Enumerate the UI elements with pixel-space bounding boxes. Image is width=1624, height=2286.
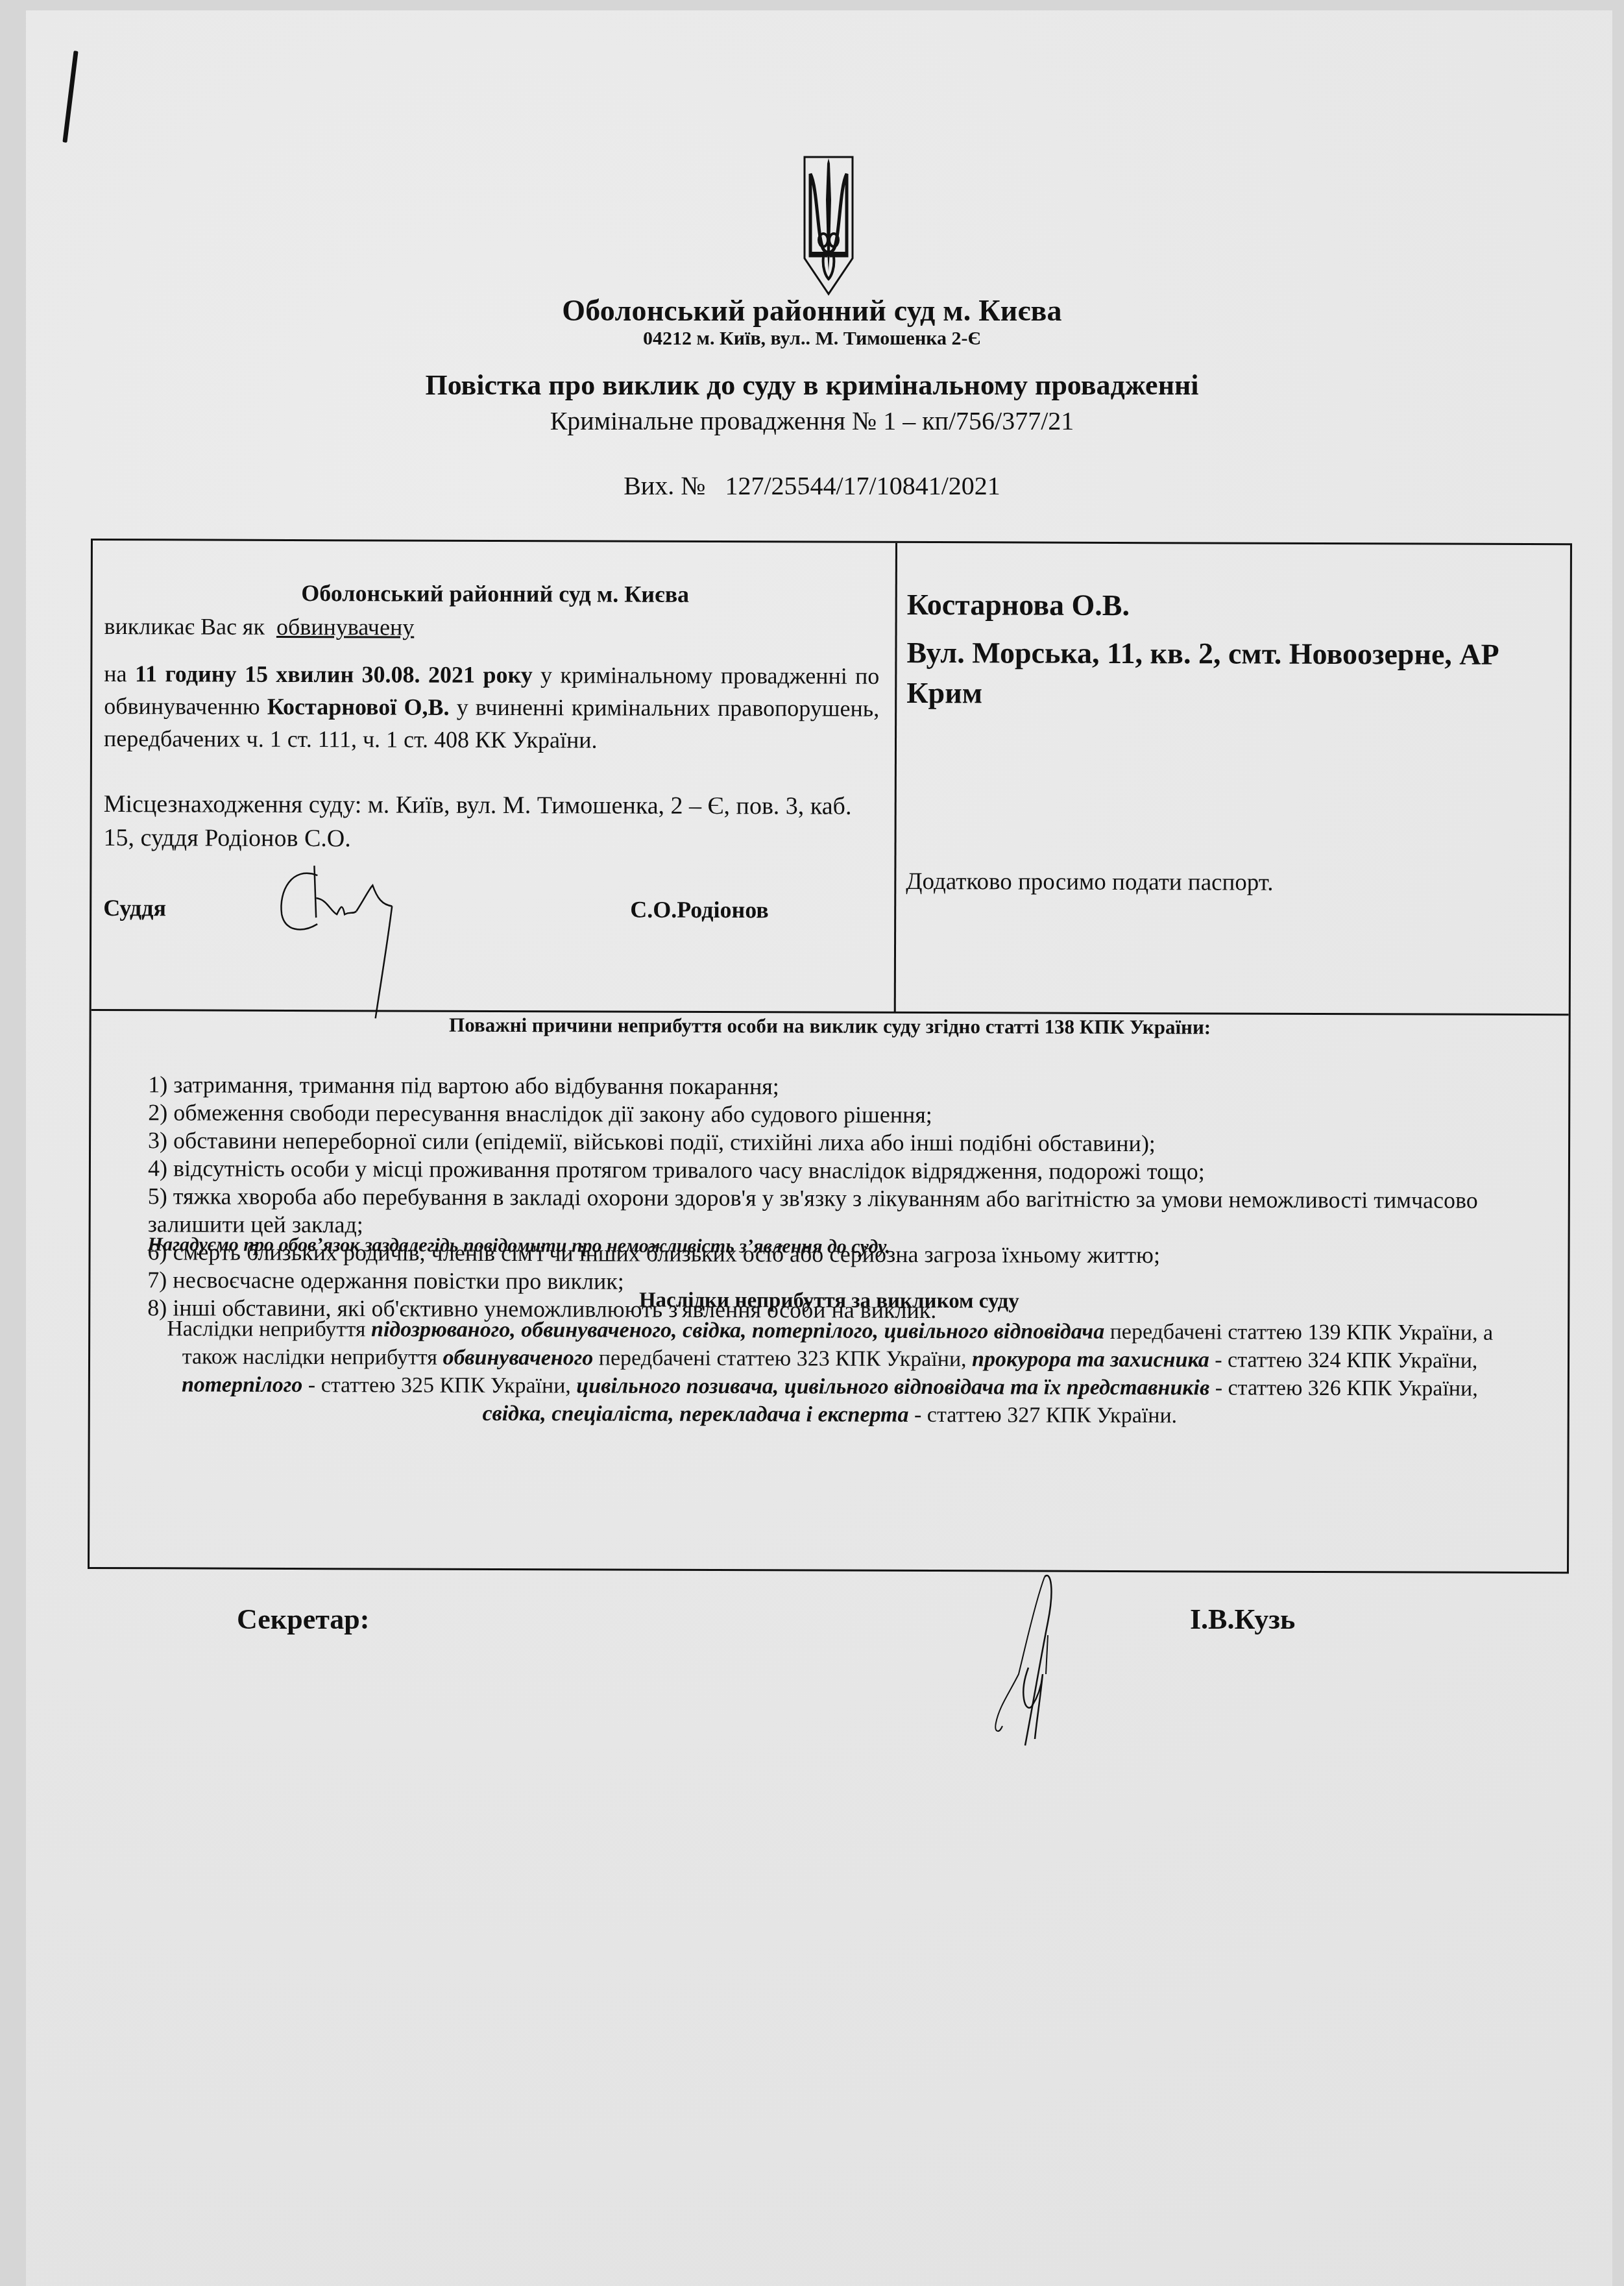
recipient-cell: Костарнова О.В. Вул. Морська, 11, кв. 2,…: [906, 543, 1556, 1012]
passport-note: Додатково просимо подати паспорт.: [906, 868, 1273, 897]
body-prefix: на: [104, 661, 127, 687]
emphasized-party: свідка, спеціаліста, перекладача і експе…: [482, 1402, 908, 1427]
reminder-text: Нагадуємо про обов’язок заздалегідь пові…: [148, 1234, 891, 1258]
hearing-minutes: 15 хвилин: [245, 661, 354, 688]
judge-signature: [265, 853, 422, 1022]
court-address: 04212 м. Київ, вул.. М. Тимошенка 2-Є: [0, 328, 1624, 350]
list-item: 4) відсутність особи у місці проживання …: [148, 1154, 1543, 1187]
list-item: 5) тяжка хвороба або перебування в закла…: [148, 1182, 1543, 1243]
consequence-text: - статтею 326 КПК України,: [1209, 1376, 1478, 1400]
summons-role: обвинувачену: [276, 614, 414, 640]
recipient-address: Вул. Морська, 11, кв. 2, смт. Новоозерне…: [906, 633, 1529, 715]
summons-court-name: Оболонський районний суд м. Києва: [104, 577, 886, 611]
consequence-text: - статтею 327 КПК України.: [909, 1403, 1178, 1428]
trident-coat-of-arms-icon: [803, 154, 854, 297]
valid-reasons-title: Поважні причини неприбуття особи на викл…: [91, 1012, 1569, 1040]
hearing-hour: 11 годину: [135, 661, 237, 687]
outgoing-number-value: 127/25544/17/10841/2021: [725, 471, 1000, 500]
outgoing-number-label: Вих. №: [624, 471, 705, 500]
summons-table: Оболонський районний суд м. Києва виклик…: [88, 539, 1572, 1574]
secretary-signature: [921, 1564, 1090, 1758]
secretary-name: І.В.Кузь: [1190, 1603, 1295, 1636]
list-item: 3) обставини непереборної сили (епідемії…: [148, 1126, 1543, 1159]
consequences-body: Наслідки неприбуття підозрюваного, обвин…: [155, 1315, 1505, 1431]
judge-label: Суддя: [103, 892, 166, 923]
column-divider: [894, 543, 897, 1012]
hearing-date: 30.08. 2021: [362, 661, 476, 688]
document-title: Повістка про виклик до суду в кримінальн…: [0, 369, 1624, 402]
info-section: Поважні причини неприбуття особи на викл…: [90, 1011, 1569, 1574]
emphasized-party: обвинуваченого: [442, 1346, 593, 1370]
court-name: Оболонський районний суд м. Києва: [0, 293, 1624, 328]
summons-cell: Оболонський районний суд м. Києва виклик…: [103, 541, 886, 1010]
consequences-title: Наслідки неприбуття за викликом суду: [90, 1287, 1568, 1315]
consequence-text: Наслідки неприбуття: [167, 1317, 371, 1341]
consequence-text: - статтею 325 КПК України,: [302, 1373, 576, 1398]
consequence-text: - статтею 324 КПК України,: [1209, 1348, 1478, 1372]
list-item: 1) затримання, тримання під вартою або в…: [148, 1071, 1543, 1103]
judge-name: С.О.Родіонов: [630, 894, 769, 926]
list-item: 2) обмеження свободи пересування внаслід…: [148, 1099, 1543, 1131]
emphasized-party: цивільного позивача, цивільного відповід…: [576, 1374, 1209, 1400]
outgoing-number: Вих. № 127/25544/17/10841/2021: [0, 470, 1624, 501]
emphasized-party: підозрюваного, обвинуваченого, свідка, п…: [371, 1317, 1104, 1344]
summons-body: на 11 годину 15 хвилин 30.08. 2021 року …: [104, 657, 879, 757]
accused-name: Костарнової О,В.: [267, 694, 450, 720]
court-location: Місцезнаходження суду: м. Київ, вул. М. …: [103, 787, 882, 857]
summons-role-line: викликає Вас як обвинувачену: [104, 611, 415, 643]
summons-prefix: викликає Вас як: [104, 613, 265, 640]
recipient-name: Костарнова О.В.: [907, 587, 1130, 622]
secretary-label: Секретар:: [237, 1603, 369, 1636]
consequence-text: передбачені статтею 323 КПК України,: [593, 1346, 972, 1371]
emphasized-party: прокурора та захисника: [972, 1347, 1209, 1372]
emphasized-party: потерпілого: [182, 1372, 302, 1397]
case-number: Кримінальне провадження № 1 – кп/756/377…: [0, 406, 1624, 436]
year-word: року: [483, 662, 532, 688]
